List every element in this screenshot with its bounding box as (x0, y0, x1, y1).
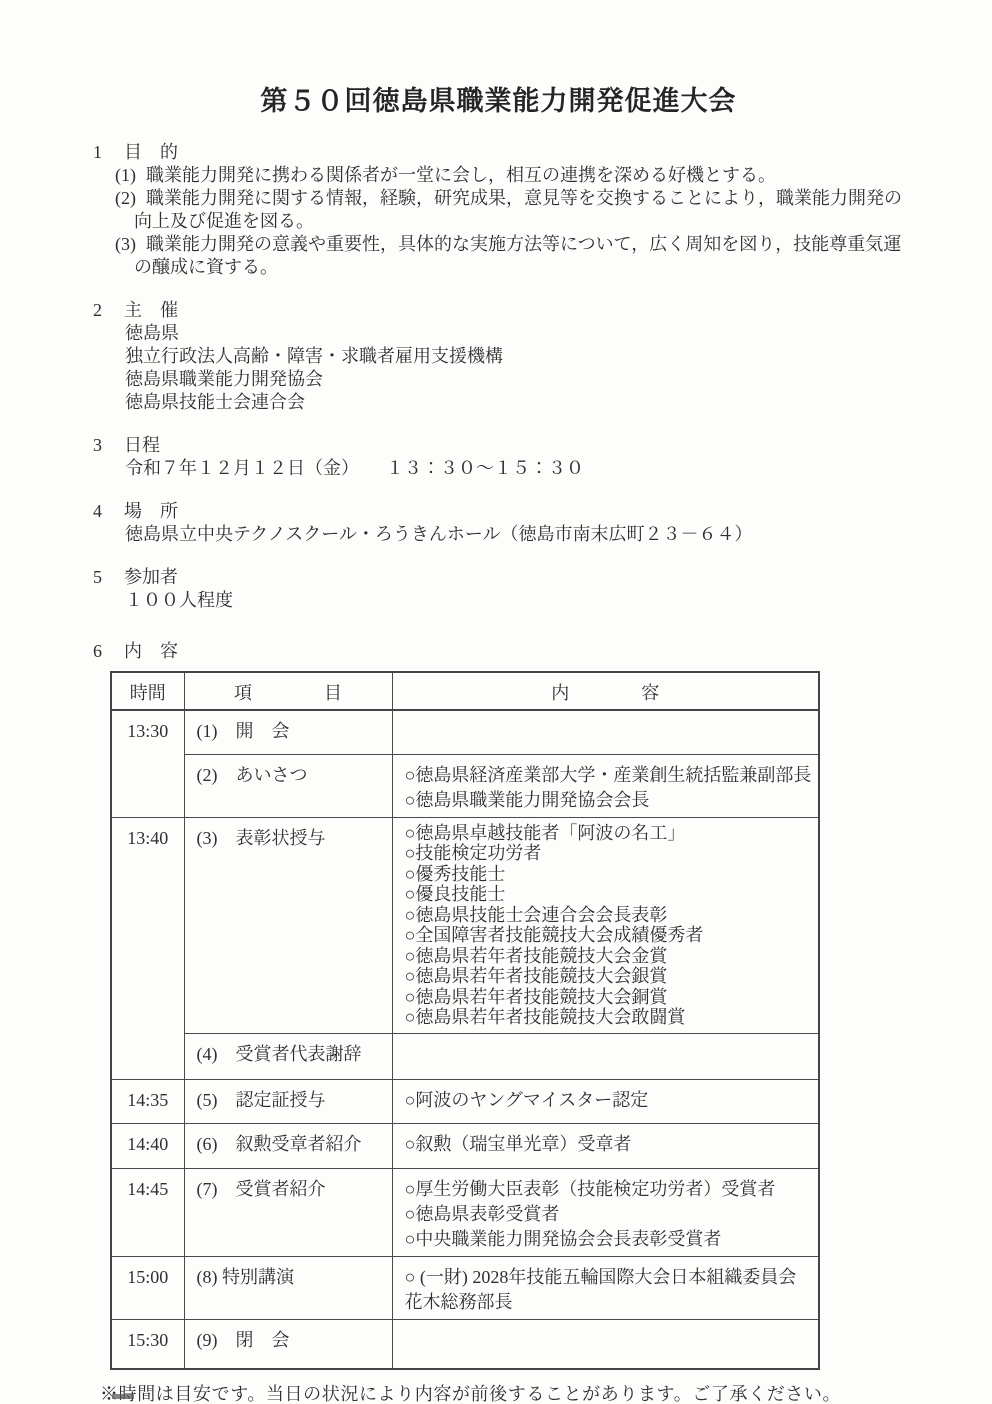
section-number: 4 (93, 500, 124, 523)
schedule-date: 令和７年１２月１２日（金） １３：３０～１５：３０ (125, 457, 904, 480)
item-text-line: 職業能力開発に携わる関係者が一堂に会し，相互の連携を深める好機とする。 (146, 164, 904, 187)
section-schedule-heading: 3日程 (93, 434, 904, 457)
content-cell (392, 1319, 819, 1369)
scan-artifact (112, 1394, 134, 1399)
item-cell: (7) 受賞者紹介 (184, 1168, 392, 1256)
table-row-awards: 13:40 (3) 表彰状授与 ○徳島県卓越技能者「阿波の名工」 ○技能検定功労… (111, 817, 819, 1033)
item-marker: (2) (115, 187, 146, 210)
time-cell: 14:45 (111, 1168, 184, 1256)
table-row-winners: 14:45 (7) 受賞者紹介 ○厚生労働大臣表彰（技能検定功労者）受賞者 ○徳… (111, 1168, 819, 1256)
table-row-thanks: (4) 受賞者代表謝辞 (111, 1033, 819, 1079)
item-text-line: の醸成に資する。 (134, 256, 904, 279)
purpose-item-1: (1) 職業能力開発に携わる関係者が一堂に会し，相互の連携を深める好機とする。 (115, 164, 904, 187)
table-header-row: 時間 項 目 内 容 (111, 672, 819, 710)
section-heading-label: 場 所 (124, 501, 178, 521)
section-number: 1 (93, 141, 124, 164)
content-line: ○徳島県若年者技能競技大会銀賞 (405, 966, 813, 987)
content-cell: ○叙勲（瑞宝単光章）受章者 (392, 1123, 819, 1168)
table-row-decoration: 14:40 (6) 叙勲受章者紹介 ○叙勲（瑞宝単光章）受章者 (111, 1123, 819, 1168)
item-cell: (9) 閉 会 (184, 1319, 392, 1369)
organizer-line: 徳島県 (125, 322, 904, 345)
item-text-line: 向上及び促進を図る。 (134, 210, 904, 233)
section-number: 6 (93, 640, 124, 663)
section-venue-heading: 4場 所 (93, 500, 904, 523)
section-purpose: 1目 的 (1) 職業能力開発に携わる関係者が一堂に会し，相互の連携を深める好機… (93, 141, 904, 279)
item-cell: (8) 特別講演 (184, 1256, 392, 1319)
header-content: 内 容 (392, 672, 819, 710)
content-line: ○全国障害者技能競技大会成績優秀者 (405, 925, 813, 946)
venue-line: 徳島県立中央テクノスクール・ろうきんホール（徳島市南末広町２３－６４） (125, 523, 904, 546)
doc-page: 第５０回徳島県職業能力開発促進大会 1目 的 (1) 職業能力開発に携わる関係者… (0, 0, 992, 1404)
content-line: ○優良技能士 (405, 884, 813, 905)
organizer-line: 徳島県技能士会連合会 (125, 391, 904, 414)
time-cell: 14:40 (111, 1123, 184, 1168)
section-organizer: 2主 催 徳島県 独立行政法人高齢・障害・求職者雇用支援機構 徳島県職業能力開発… (93, 299, 904, 414)
content-line: ○技能検定功労者 (405, 843, 813, 864)
content-line: ○徳島県職業能力開発協会会長 (405, 788, 813, 813)
section-number: 5 (93, 566, 124, 589)
table-row-certification: 14:35 (5) 認定証授与 ○阿波のヤングマイスター認定 (111, 1079, 819, 1123)
content-line: ○優秀技能士 (405, 864, 813, 885)
item-text-line: 職業能力開発の意義や重要性，具体的な実施方法等について，広く周知を図り，技能尊重… (146, 233, 904, 256)
section-heading-label: 日程 (124, 435, 160, 455)
table-row-opening: 13:30 (1) 開 会 (111, 710, 819, 754)
content-line: ○徳島県技能士会連合会会長表彰 (405, 905, 813, 926)
content-line: ○阿波のヤングマイスター認定 (405, 1088, 813, 1113)
table-row-closing: 15:30 (9) 閉 会 (111, 1319, 819, 1369)
time-cell: 13:30 (111, 710, 184, 817)
time-cell: 13:40 (111, 817, 184, 1079)
section-organizer-heading: 2主 催 (93, 299, 904, 322)
organizer-line: 徳島県職業能力開発協会 (125, 368, 904, 391)
content-cell: ○阿波のヤングマイスター認定 (392, 1079, 819, 1123)
section-contents-heading: 6内 容 (93, 640, 904, 663)
section-number: 3 (93, 434, 124, 457)
content-cell: ○厚生労働大臣表彰（技能検定功労者）受賞者 ○徳島県表彰受賞者 ○中央職業能力開… (392, 1168, 819, 1256)
table-row-greetings: (2) あいさつ ○徳島県経済産業部大学・産業創生統括監兼副部長 ○徳島県職業能… (111, 754, 819, 817)
content-line: ○徳島県若年者技能競技大会金賞 (405, 946, 813, 967)
item-cell: (2) あいさつ (184, 754, 392, 817)
section-participants-heading: 5参加者 (93, 566, 904, 589)
doc-title: 第５０回徳島県職業能力開発促進大会 (93, 84, 904, 118)
time-cell: 15:30 (111, 1319, 184, 1369)
item-cell: (1) 開 会 (184, 710, 392, 754)
content-cell (392, 1033, 819, 1079)
content-cell (392, 710, 819, 754)
content-line: ○徳島県経済産業部大学・産業創生統括監兼副部長 (405, 763, 813, 788)
content-cell: ○徳島県経済産業部大学・産業創生統括監兼副部長 ○徳島県職業能力開発協会会長 (392, 754, 819, 817)
content-cell: ○ (一財) 2028年技能五輪国際大会日本組織委員会 花木総務部長 (392, 1256, 819, 1319)
section-schedule: 3日程 令和７年１２月１２日（金） １３：３０～１５：３０ (93, 434, 904, 480)
purpose-item-2: (2) 職業能力開発に関する情報，経験，研究成果，意見等を交換することにより，職… (115, 187, 904, 233)
section-participants: 5参加者 １００人程度 (93, 566, 904, 612)
section-heading-label: 内 容 (124, 641, 178, 661)
section-purpose-heading: 1目 的 (93, 141, 904, 164)
item-marker: (1) (115, 164, 146, 187)
footnote: ※時間は目安です。当日の状況により内容が前後することがあります。ご了承ください。 (100, 1380, 904, 1404)
time-cell: 14:35 (111, 1079, 184, 1123)
table-row-lecture: 15:00 (8) 特別講演 ○ (一財) 2028年技能五輪国際大会日本組織委… (111, 1256, 819, 1319)
section-heading-label: 参加者 (124, 567, 178, 587)
content-line: 花木総務部長 (405, 1290, 813, 1315)
item-marker: (3) (115, 233, 146, 256)
header-item: 項 目 (184, 672, 392, 710)
section-number: 2 (93, 299, 124, 322)
content-line: ○徳島県若年者技能競技大会銅賞 (405, 987, 813, 1008)
time-cell: 15:00 (111, 1256, 184, 1319)
participants-line: １００人程度 (125, 589, 904, 612)
organizer-line: 独立行政法人高齢・障害・求職者雇用支援機構 (125, 345, 904, 368)
section-heading-label: 目 的 (124, 142, 178, 162)
section-contents: 6内 容 (93, 640, 904, 663)
item-cell: (4) 受賞者代表謝辞 (184, 1033, 392, 1079)
purpose-item-3: (3) 職業能力開発の意義や重要性，具体的な実施方法等について，広く周知を図り，… (115, 233, 904, 279)
item-cell: (5) 認定証授与 (184, 1079, 392, 1123)
content-line: ○徳島県若年者技能競技大会敢闘賞 (405, 1007, 813, 1028)
section-venue: 4場 所 徳島県立中央テクノスクール・ろうきんホール（徳島市南末広町２３－６４） (93, 500, 904, 546)
item-cell: (3) 表彰状授与 (184, 817, 392, 1033)
content-line: ○中央職業能力開発協会会長表彰受賞者 (405, 1227, 813, 1252)
content-line: ○徳島県表彰受賞者 (405, 1202, 813, 1227)
content-cell: ○徳島県卓越技能者「阿波の名工」 ○技能検定功労者 ○優秀技能士 ○優良技能士 … (392, 817, 819, 1033)
header-time: 時間 (111, 672, 184, 710)
section-heading-label: 主 催 (124, 300, 178, 320)
content-line: ○ (一財) 2028年技能五輪国際大会日本組織委員会 (405, 1265, 813, 1290)
content-line: ○徳島県卓越技能者「阿波の名工」 (405, 823, 813, 844)
item-cell: (6) 叙勲受章者紹介 (184, 1123, 392, 1168)
item-text-line: 職業能力開発に関する情報，経験，研究成果，意見等を交換することにより，職業能力開… (146, 187, 904, 210)
content-line: ○厚生労働大臣表彰（技能検定功労者）受賞者 (405, 1177, 813, 1202)
content-line: ○叙勲（瑞宝単光章）受章者 (405, 1132, 813, 1157)
schedule-table: 時間 項 目 内 容 13:30 (1) 開 会 (2) あいさつ ○徳島県経済… (110, 671, 820, 1370)
